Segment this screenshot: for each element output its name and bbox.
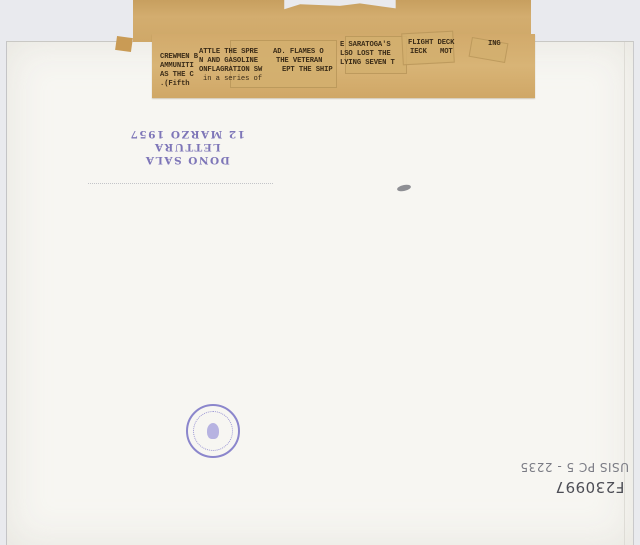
seal-emblem-icon <box>207 423 219 439</box>
tape-fragment <box>115 36 133 52</box>
caption-fragment: FLIGHT DECK <box>408 39 454 48</box>
caption-fragment: E SARATOGA'S <box>340 41 391 50</box>
pencil-reference-note: USIS PC 5 - 2235 <box>520 460 629 474</box>
caption-fragment: CREWMEN B <box>160 53 198 62</box>
caption-fragment: LSO LOST THE <box>340 50 391 59</box>
seal-stamp <box>186 404 240 458</box>
caption-fragment: AD. FLAMES O <box>273 48 324 57</box>
caption-fragment: IECK <box>410 48 427 57</box>
caption-fragment: AS THE C <box>160 71 194 80</box>
receipt-stamp-line1: DONO SALA LETTURA <box>112 140 262 166</box>
caption-fragment: ONFLAGRATION SW <box>199 66 262 75</box>
caption-fragment: THE VETERAN <box>276 57 322 66</box>
caption-fragment: .(Fifth <box>160 80 190 89</box>
caption-fragment: N AND GASOLINE <box>199 57 258 66</box>
divider-line <box>88 183 273 184</box>
caption-fragment: in a series of <box>203 75 262 84</box>
pencil-catalog-number: F230997 <box>555 478 624 496</box>
caption-fragment: AMMUNITI <box>160 62 194 71</box>
caption-fragment: ATTLE THE SPRE <box>199 48 258 57</box>
caption-fragment: LYING SEVEN T <box>340 59 395 68</box>
caption-fragment: ING <box>488 40 501 49</box>
receipt-stamp: DONO SALA LETTURA 12 MARZO 1957 <box>112 127 262 166</box>
caption-fragment: MOT <box>440 48 453 57</box>
receipt-stamp-line2: 12 MARZO 1957 <box>112 127 262 140</box>
caption-fragment: EPT THE SHIP <box>282 66 333 75</box>
